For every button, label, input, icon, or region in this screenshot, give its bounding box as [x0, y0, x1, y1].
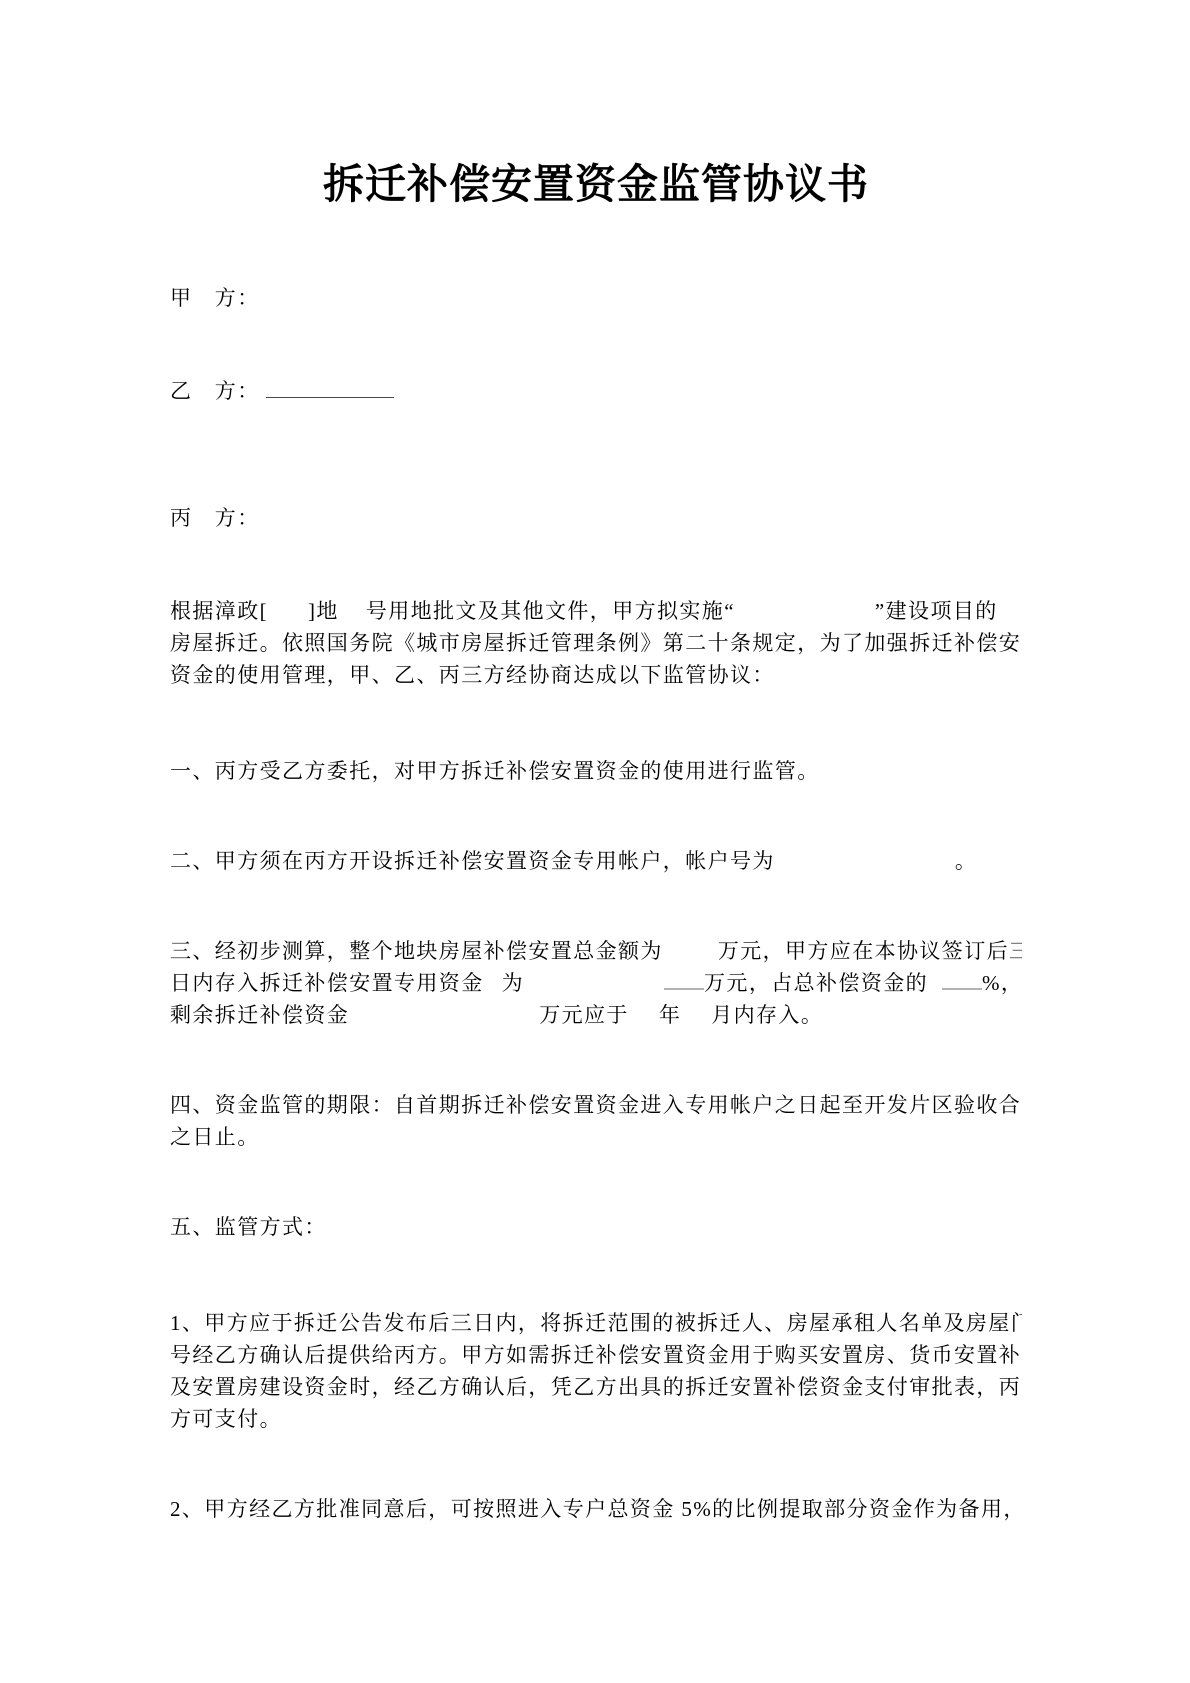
remaining-amount-space: [349, 1021, 539, 1022]
article-3-text: 万元，甲方应在本协议签订后三: [718, 939, 1022, 963]
clause-5-1: 1、甲方应于拆迁公告发布后三日内，将拆迁范围的被拆迁人、房屋承租人名单及房屋门牌…: [170, 1307, 1022, 1435]
article-3-text: %，: [982, 971, 1022, 995]
article-2: 二、甲方须在丙方开设拆迁补偿安置资金专用帐户，帐户号为。: [170, 845, 1022, 877]
intro-paragraph: 根据漳政[]地号用地批文及其他文件，甲方拟实施“”建设项目的 房屋拆迁。依照国务…: [170, 595, 1022, 691]
intro-text: 资金的使用管理，甲、乙、丙三方经协商达成以下监管协议：: [170, 663, 775, 687]
article-2-text: 二、甲方须在丙方开设拆迁补偿安置资金专用帐户，帐户号为: [170, 849, 775, 873]
intro-line-1: 根据漳政[]地号用地批文及其他文件，甲方拟实施“”建设项目的: [170, 595, 1022, 627]
clause-5-1-line-2: 号经乙方确认后提供给丙方。甲方如需拆迁补偿安置资金用于购买安置房、货币安置补偿: [170, 1339, 1022, 1371]
article-4-text: 四、资金监管的期限：自首期拆迁补偿安置资金进入专用帐户之日起至开发片区验收合格: [170, 1093, 1022, 1117]
article-3-line-3: 剩余拆迁补偿资金万元应于年月内存入。: [170, 999, 1022, 1031]
plot-number-space: [339, 617, 366, 618]
intro-line-3: 资金的使用管理，甲、乙、丙三方经协商达成以下监管协议：: [170, 659, 1022, 691]
party-a-label: 甲 方：: [170, 286, 260, 310]
account-number-space: [775, 867, 955, 868]
clause-5-1-text: 方可支付。: [170, 1407, 282, 1431]
intro-text: ”建设项目的: [875, 599, 998, 623]
project-name-space: [735, 617, 875, 618]
clause-5-2: 2、甲方经乙方批准同意后，可按照进入专户总资金 5%的比例提取部分资金作为备用，…: [170, 1493, 1022, 1525]
small-space: [484, 989, 502, 990]
year-space: [629, 1021, 659, 1022]
article-3-text: 万元应于: [539, 1003, 629, 1027]
deposit-amount-form-blank: [664, 973, 704, 990]
article-1-text: 一、丙方受乙方委托，对甲方拆迁补偿安置资金的使用进行监管。: [170, 759, 820, 783]
intro-line-2: 房屋拆迁。依照国务院《城市房屋拆迁管理条例》第二十条规定，为了加强拆迁补偿安置: [170, 627, 1022, 659]
deposit-amount-space: [524, 989, 664, 990]
total-amount-space: [663, 957, 718, 958]
percentage-form-blank: [942, 973, 982, 990]
clause-5-1-text: 1、甲方应于拆迁公告发布后三日内，将拆迁范围的被拆迁人、房屋承租人名单及房屋门牌: [170, 1311, 1022, 1335]
article-3-text: 日内存入拆迁补偿安置专用资金: [170, 971, 484, 995]
party-b-fill-blank: [266, 377, 394, 398]
intro-text: 根据漳政[: [170, 599, 268, 623]
party-b-label: 乙 方：: [170, 379, 260, 403]
clause-5-2-text: 2、甲方经乙方批准同意后，可按照进入专户总资金 5%的比例提取部分资金作为备用，…: [170, 1497, 1022, 1521]
article-3-line-1: 三、经初步测算，整个地块房屋补偿安置总金额为万元，甲方应在本协议签订后三: [170, 935, 1022, 967]
document-page: 拆迁补偿安置资金监管协议书 甲 方： 乙 方： 丙 方： 根据漳政[]地号用地批…: [0, 0, 1190, 1683]
party-a-line: 甲 方：: [170, 282, 1022, 314]
small-space: [928, 989, 942, 990]
intro-text: ]地: [308, 599, 339, 623]
month-space: [681, 1021, 711, 1022]
document-title: 拆迁补偿安置资金监管协议书: [170, 152, 1022, 216]
article-5: 五、监管方式：: [170, 1211, 1022, 1243]
article-3-text: 三、经初步测算，整个地块房屋补偿安置总金额为: [170, 939, 663, 963]
clause-5-1-text: 号经乙方确认后提供给丙方。甲方如需拆迁补偿安置资金用于购买安置房、货币安置补偿: [170, 1343, 1022, 1367]
document-number-space: [268, 617, 308, 618]
article-3-text: 月内存入。: [711, 1003, 823, 1027]
article-4: 四、资金监管的期限：自首期拆迁补偿安置资金进入专用帐户之日起至开发片区验收合格 …: [170, 1089, 1022, 1153]
article-3-text: 为: [502, 971, 524, 995]
article-4-text: 之日止。: [170, 1125, 260, 1149]
article-1: 一、丙方受乙方委托，对甲方拆迁补偿安置资金的使用进行监管。: [170, 755, 1022, 787]
article-4-line-1: 四、资金监管的期限：自首期拆迁补偿安置资金进入专用帐户之日起至开发片区验收合格: [170, 1089, 1022, 1121]
clause-5-1-line-4: 方可支付。: [170, 1403, 1022, 1435]
article-3-text: 剩余拆迁补偿资金: [170, 1003, 349, 1027]
party-c-line: 丙 方：: [170, 502, 1022, 534]
clause-5-1-line-3: 及安置房建设资金时，经乙方确认后，凭乙方出具的拆迁安置补偿资金支付审批表，丙方: [170, 1371, 1022, 1403]
article-2-text: 。: [955, 849, 977, 873]
intro-text: 房屋拆迁。依照国务院《城市房屋拆迁管理条例》第二十条规定，为了加强拆迁补偿安置: [170, 631, 1022, 655]
article-3-text: 万元，占总补偿资金的: [704, 971, 928, 995]
article-3-text: 年: [659, 1003, 681, 1027]
article-5-text: 五、监管方式：: [170, 1215, 327, 1239]
party-c-label: 丙 方：: [170, 506, 260, 530]
article-4-line-2: 之日止。: [170, 1121, 1022, 1153]
article-3-line-2: 日内存入拆迁补偿安置专用资金为万元，占总补偿资金的%，: [170, 967, 1022, 999]
clause-5-1-text: 及安置房建设资金时，经乙方确认后，凭乙方出具的拆迁安置补偿资金支付审批表，丙方: [170, 1375, 1022, 1399]
article-3: 三、经初步测算，整个地块房屋补偿安置总金额为万元，甲方应在本协议签订后三 日内存…: [170, 935, 1022, 1031]
clause-5-1-line-1: 1、甲方应于拆迁公告发布后三日内，将拆迁范围的被拆迁人、房屋承租人名单及房屋门牌: [170, 1307, 1022, 1339]
intro-text: 号用地批文及其他文件，甲方拟实施“: [366, 599, 735, 623]
party-b-line: 乙 方：: [170, 375, 1022, 407]
